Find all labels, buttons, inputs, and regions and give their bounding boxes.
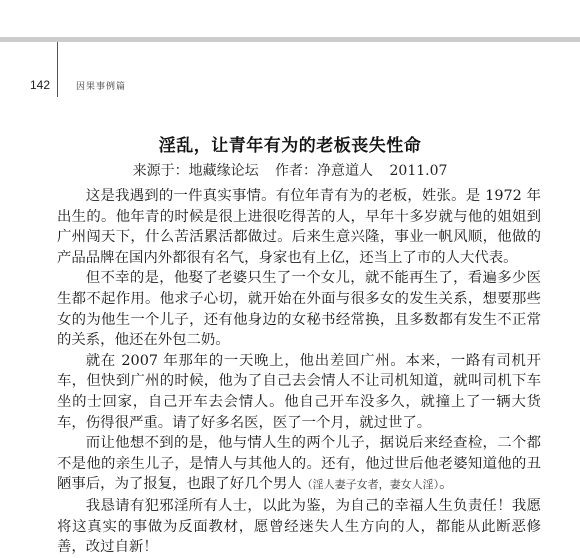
top-page-bar [0, 37, 580, 42]
article-title: 淫乱，让青年有为的老板丧失性命 [0, 131, 580, 156]
paragraph: 而让他想不到的是，他与情人生的两个儿子，据说后来经查检，二个都不是他的亲生儿子，… [57, 433, 541, 496]
paragraph-tail: 。 [439, 476, 453, 492]
paragraph: 但不幸的是，他娶了老婆只生了一个女儿，就不能再生了，看遍多少医生都不起作用。他求… [57, 268, 541, 350]
paragraph: 就在 2007 年那年的一天晚上，他出差回广州。本来，一路有司机开车，但快到广州… [57, 351, 541, 433]
paragraph: 这是我遇到的一件真实事情。有位年青有为的老板，姓张。是 1972 年出生的。他年… [57, 186, 541, 268]
header-vertical-rule [57, 42, 58, 97]
article-body: 这是我遇到的一件真实事情。有位年青有为的老板，姓张。是 1972 年出生的。他年… [57, 186, 541, 558]
byline-source: 来源于：地藏缘论坛 [133, 163, 259, 179]
byline-author: 作者：净意道人 [275, 163, 373, 179]
running-head: 因果事例篇 [76, 79, 126, 92]
byline-date: 2011.07 [390, 163, 448, 179]
paragraph: 我恳请有犯邪淫所有人士，以此为鉴，为自己的幸福人生负责任！我愿将这真实的事做为反… [57, 496, 541, 558]
paragraph-text: 而让他想不到的是，他与情人生的两个儿子，据说后来经查检，二个都不是他的亲生儿子，… [57, 435, 541, 492]
article-byline: 来源于：地藏缘论坛 作者：净意道人 2011.07 [0, 160, 580, 180]
paragraph-note: （淫人妻子女者，妻女人淫） [302, 478, 440, 491]
page-number: 142 [30, 78, 50, 92]
